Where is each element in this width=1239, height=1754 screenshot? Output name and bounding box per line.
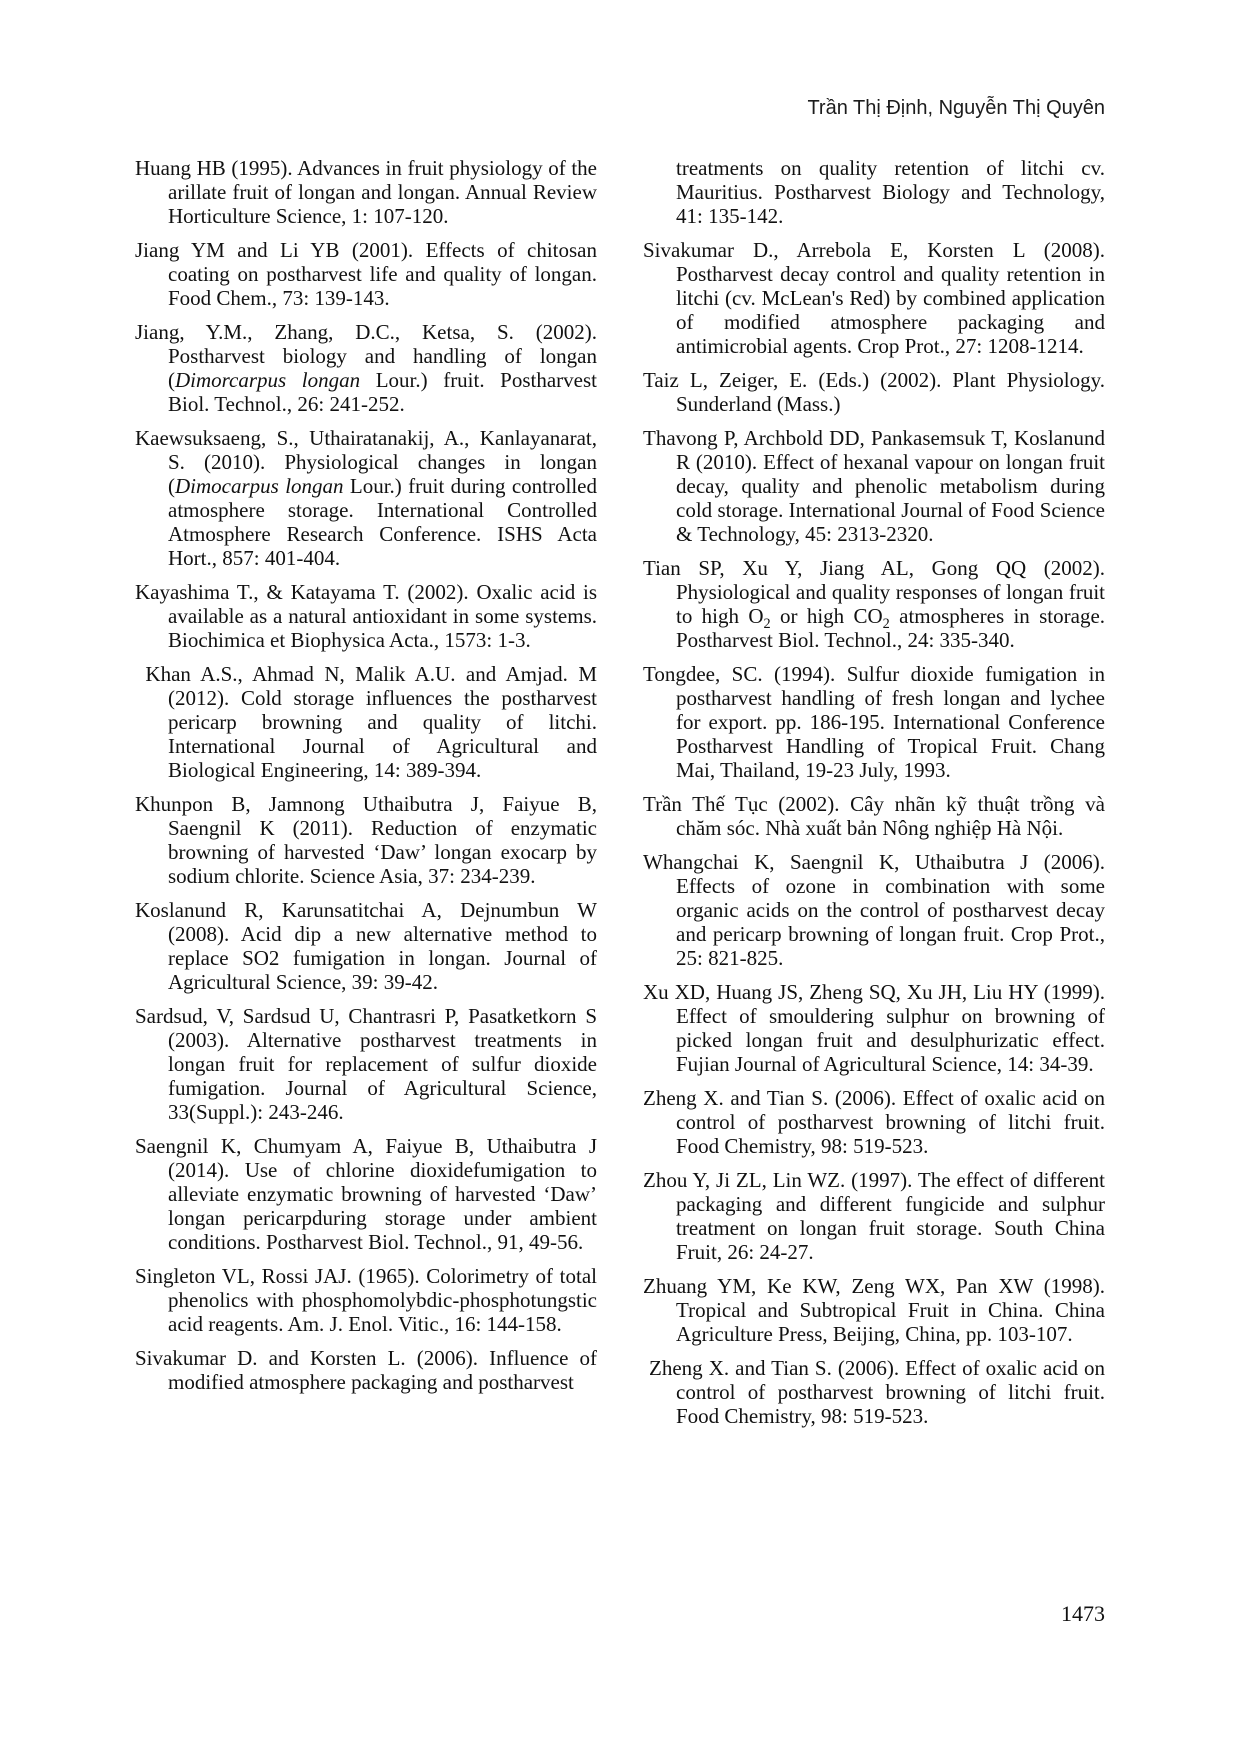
reference-entry: Zheng X. and Tian S. (2006). Effect of o… bbox=[643, 1086, 1105, 1158]
reference-text-segment: Khan A.S., Ahmad N, Malik A.U. and Amjad… bbox=[135, 662, 597, 782]
reference-entry: Tian SP, Xu Y, Jiang AL, Gong QQ (2002).… bbox=[643, 556, 1105, 652]
reference-text-segment: Trần Thế Tục (2002). Cây nhãn kỹ thuật t… bbox=[643, 792, 1105, 840]
reference-entry: Jiang, Y.M., Zhang, D.C., Ketsa, S. (200… bbox=[135, 320, 597, 416]
page-footer: 1473 bbox=[135, 1601, 1105, 1627]
reference-entry: Xu XD, Huang JS, Zheng SQ, Xu JH, Liu HY… bbox=[643, 980, 1105, 1076]
reference-text-segment: Singleton VL, Rossi JAJ. (1965). Colorim… bbox=[135, 1264, 597, 1336]
reference-entry: Sivakumar D. and Korsten L. (2006). Infl… bbox=[135, 1346, 597, 1394]
reference-entry: Saengnil K, Chumyam A, Faiyue B, Uthaibu… bbox=[135, 1134, 597, 1254]
reference-text-segment: Sivakumar D. and Korsten L. (2006). Infl… bbox=[135, 1346, 597, 1394]
references-column-right: treatments on quality retention of litch… bbox=[643, 156, 1105, 1438]
reference-entry: Zheng X. and Tian S. (2006). Effect of o… bbox=[643, 1356, 1105, 1428]
reference-text-segment: Khunpon B, Jamnong Uthaibutra J, Faiyue … bbox=[135, 792, 597, 888]
reference-text-segment: treatments on quality retention of litch… bbox=[676, 156, 1105, 228]
reference-entry: Thavong P, Archbold DD, Pankasemsuk T, K… bbox=[643, 426, 1105, 546]
reference-text-segment: Zhou Y, Ji ZL, Lin WZ. (1997). The effec… bbox=[643, 1168, 1105, 1264]
reference-entry: Koslanund R, Karunsatitchai A, Dejnumbun… bbox=[135, 898, 597, 994]
references-column-left: Huang HB (1995). Advances in fruit physi… bbox=[135, 156, 597, 1438]
running-head-authors: Trần Thị Định, Nguyễn Thị Quyên bbox=[807, 97, 1105, 119]
reference-text-segment: Jiang YM and Li YB (2001). Effects of ch… bbox=[135, 238, 597, 310]
document-page: Trần Thị Định, Nguyễn Thị Quyên Huang HB… bbox=[0, 0, 1239, 1754]
reference-text-segment: Saengnil K, Chumyam A, Faiyue B, Uthaibu… bbox=[135, 1134, 597, 1254]
reference-entry: Khunpon B, Jamnong Uthaibutra J, Faiyue … bbox=[135, 792, 597, 888]
reference-text-segment: Xu XD, Huang JS, Zheng SQ, Xu JH, Liu HY… bbox=[643, 980, 1105, 1076]
reference-entry: Taiz L, Zeiger, E. (Eds.) (2002). Plant … bbox=[643, 368, 1105, 416]
reference-entry: Zhou Y, Ji ZL, Lin WZ. (1997). The effec… bbox=[643, 1168, 1105, 1264]
reference-entry: Huang HB (1995). Advances in fruit physi… bbox=[135, 156, 597, 228]
reference-entry: Khan A.S., Ahmad N, Malik A.U. and Amjad… bbox=[135, 662, 597, 782]
reference-text-segment: Zhuang YM, Ke KW, Zeng WX, Pan XW (1998)… bbox=[643, 1274, 1105, 1346]
reference-entry: Kayashima T., & Katayama T. (2002). Oxal… bbox=[135, 580, 597, 652]
reference-text-segment: Taiz L, Zeiger, E. (Eds.) (2002). Plant … bbox=[643, 368, 1105, 416]
reference-entry: Sivakumar D., Arrebola E, Korsten L (200… bbox=[643, 238, 1105, 358]
reference-text-segment: or high CO bbox=[771, 604, 883, 628]
reference-text-segment: Tongdee, SC. (1994). Sulfur dioxide fumi… bbox=[643, 662, 1105, 782]
reference-entry-continuation: treatments on quality retention of litch… bbox=[643, 156, 1105, 228]
reference-entry: Sardsud, V, Sardsud U, Chantrasri P, Pas… bbox=[135, 1004, 597, 1124]
reference-entry: Kaewsuksaeng, S., Uthairatanakij, A., Ka… bbox=[135, 426, 597, 570]
reference-text-segment: Kayashima T., & Katayama T. (2002). Oxal… bbox=[135, 580, 597, 652]
reference-text-segment: Sivakumar D., Arrebola E, Korsten L (200… bbox=[643, 238, 1105, 358]
reference-entry: Zhuang YM, Ke KW, Zeng WX, Pan XW (1998)… bbox=[643, 1274, 1105, 1346]
references-section: Huang HB (1995). Advances in fruit physi… bbox=[135, 156, 1105, 1438]
page-number-value: 1473 bbox=[1061, 1601, 1105, 1626]
reference-entry: Whangchai K, Saengnil K, Uthaibutra J (2… bbox=[643, 850, 1105, 970]
reference-text-segment: Dimorcarpus longan bbox=[175, 368, 360, 392]
running-head: Trần Thị Định, Nguyễn Thị Quyên bbox=[135, 97, 1105, 120]
reference-entry: Singleton VL, Rossi JAJ. (1965). Colorim… bbox=[135, 1264, 597, 1336]
reference-text-segment: Huang HB (1995). Advances in fruit physi… bbox=[135, 156, 597, 228]
reference-entry: Jiang YM and Li YB (2001). Effects of ch… bbox=[135, 238, 597, 310]
reference-text-segment: Dimocarpus longan bbox=[175, 474, 344, 498]
reference-text-segment: Sardsud, V, Sardsud U, Chantrasri P, Pas… bbox=[135, 1004, 597, 1124]
reference-text-segment: Whangchai K, Saengnil K, Uthaibutra J (2… bbox=[643, 850, 1105, 970]
reference-text-segment: Thavong P, Archbold DD, Pankasemsuk T, K… bbox=[643, 426, 1105, 546]
reference-entry: Trần Thế Tục (2002). Cây nhãn kỹ thuật t… bbox=[643, 792, 1105, 840]
reference-text-segment: Zheng X. and Tian S. (2006). Effect of o… bbox=[643, 1086, 1105, 1158]
reference-entry: Tongdee, SC. (1994). Sulfur dioxide fumi… bbox=[643, 662, 1105, 782]
reference-text-segment: Zheng X. and Tian S. (2006). Effect of o… bbox=[643, 1356, 1105, 1428]
reference-text-segment: Koslanund R, Karunsatitchai A, Dejnumbun… bbox=[135, 898, 597, 994]
